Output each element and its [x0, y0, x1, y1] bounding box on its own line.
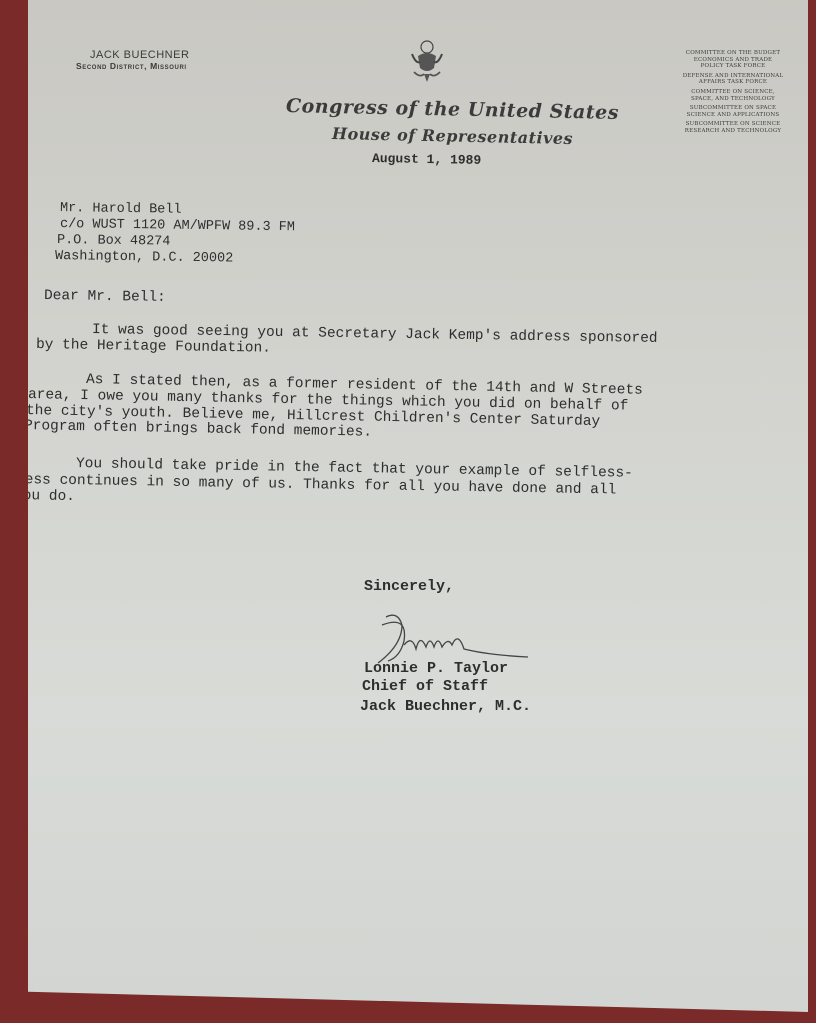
committee-item: Committee on Science, [668, 89, 798, 96]
committee-item: Space, and Technology [668, 96, 798, 103]
salutation: Dear Mr. Bell: [44, 288, 166, 306]
committee-item: Defense and International [668, 73, 798, 80]
great-seal-eagle-icon [410, 38, 444, 86]
paragraph-1-line: by the Heritage Foundation. [36, 337, 271, 357]
letter-paper: JACK BUECHNER Second District, Missouri … [28, 0, 808, 1012]
committee-item: Committee on the Budget [668, 50, 798, 57]
address-line: Washington, D.C. 20002 [55, 249, 295, 268]
committee-item: Economics and Trade [668, 57, 798, 64]
signer-title: Chief of Staff [362, 678, 488, 695]
committee-item: Affairs Task Force [668, 79, 798, 86]
letter-date: August 1, 1989 [372, 151, 481, 168]
representative-name: JACK BUECHNER [90, 49, 189, 61]
recipient-address: Mr. Harold Bell c/o WUST 1120 AM/WPFW 89… [60, 201, 295, 265]
committee-item: Research and Technology [668, 128, 798, 135]
committee-item: Policy Task Force [668, 63, 798, 70]
letterhead-subtitle: House of Representatives [332, 124, 573, 148]
committee-list: Committee on the Budget Economics and Tr… [668, 50, 798, 135]
representative-district: Second District, Missouri [76, 61, 187, 71]
signer-office: Jack Buechner, M.C. [360, 698, 531, 715]
committee-item: Subcommittee on Science [668, 121, 798, 128]
signer-name: Lonnie P. Taylor [364, 660, 508, 677]
closing: Sincerely, [364, 578, 454, 595]
committee-item: Subcommittee on Space [668, 105, 798, 112]
paragraph-3-line: you do. [14, 488, 75, 505]
committee-item: Science and Applications [668, 112, 798, 119]
letterhead-title: Congress of the United States [286, 95, 619, 124]
